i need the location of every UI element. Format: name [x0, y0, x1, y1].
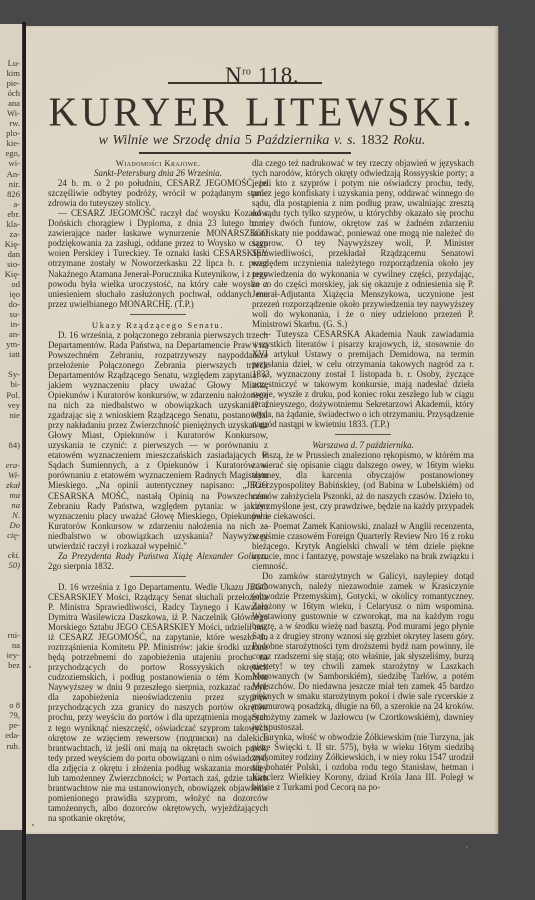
margin-text-fragment: ana — [0, 98, 22, 108]
margin-text-fragment: kla- — [0, 219, 22, 229]
masthead-rule-top — [168, 82, 322, 84]
margin-text-fragment: iey- — [0, 650, 22, 660]
margin-text-fragment: ma — [0, 490, 22, 500]
margin-gap — [0, 690, 22, 700]
newspaper-title: KURYER LITEWSKI. — [26, 88, 498, 136]
margin-text-fragment: kie- — [0, 138, 22, 148]
dateline-warsaw: Warszawa d. 7 października. — [252, 440, 474, 450]
margin-gap — [0, 420, 22, 430]
margin-text-fragment: cię- — [0, 530, 22, 540]
margin-text-fragment: sio- — [0, 259, 22, 269]
signature: Za Prezydenta Rady Państwa Xiążę Alexand… — [48, 551, 268, 571]
margin-text-fragment: na — [0, 500, 22, 510]
margin-text-fragment: ego, — [0, 148, 22, 158]
margin-gap — [0, 610, 22, 620]
margin-text-fragment: 79, — [0, 710, 22, 720]
separator — [335, 434, 391, 435]
article-ukase-2-continued: dla czego też nadrukować w tey rzeczy ob… — [252, 158, 474, 329]
margin-text-fragment: Do — [0, 520, 22, 530]
margin-gap — [0, 680, 22, 690]
margin-text-fragment: Kię- — [0, 269, 22, 279]
margin-gap — [0, 540, 22, 550]
newspaper-page: Nro 118. KURYER LITEWSKI. w Wilnie we Sr… — [26, 26, 499, 834]
margin-text-fragment: 84) — [0, 440, 22, 450]
paper-stain — [29, 666, 31, 668]
margin-text-fragment: óch — [0, 88, 22, 98]
separator — [130, 576, 186, 577]
margin-text-fragment: pe- — [0, 720, 22, 730]
paper-stain — [466, 846, 468, 848]
margin-gap — [0, 590, 22, 600]
margin-text-fragment: cki. — [0, 550, 22, 560]
separator — [130, 314, 186, 315]
margin-text-fragment: zkał — [0, 480, 22, 490]
margin-gap — [0, 620, 22, 630]
dateline-st-petersburg: Sankt-Petersburg dnia 26 Września. — [48, 168, 268, 178]
right-column: dla czego też nadrukować w tey rzeczy ob… — [252, 158, 474, 792]
article-turynka: Turynka, włość w obwodzie Żółkiewskim (n… — [252, 732, 474, 792]
article-ukase-2: D. 16 września z 1go Departamentu. Wedle… — [48, 582, 268, 823]
margin-text-fragment: Sy- — [0, 369, 22, 379]
margin-text-fragment: plo- — [0, 128, 22, 138]
section-heading-domestic-news: Wiadomości Krajowe. — [48, 158, 268, 168]
margin-text-fragment: Lu- — [0, 58, 22, 68]
margin-text-fragment: kim — [0, 68, 22, 78]
margin-text-fragment: dan — [0, 249, 22, 259]
margin-text-fragment: 50) — [0, 560, 22, 570]
margin-text-fragment: ebr. — [0, 209, 22, 219]
margin-text-fragment: eda- — [0, 730, 22, 740]
margin-text-fragment: rni- — [0, 630, 22, 640]
article-emperor-return: 24 b. m. o 2 po południu, CESARZ JEGOMOŚ… — [48, 178, 268, 208]
article-academy-of-sciences: — Tuteysza CESARSKA Akademia Nauk zawiad… — [252, 329, 474, 429]
margin-text-fragment: Pol. — [0, 390, 22, 400]
margin-text-fragment: pie- — [0, 78, 22, 88]
article-galician-castles: Do zamków starożytnych w Galicyi, naylep… — [252, 571, 474, 732]
margin-gap — [0, 430, 22, 440]
margin-text-fragment: bez — [0, 660, 22, 670]
article-manuscript-found: Piszą, że w Prussiech znaleziono rękopis… — [252, 450, 474, 520]
margin-text-fragment: vey — [0, 400, 22, 410]
section-heading-senate-ukases: Ukazy Rządzącego Senatu. — [48, 320, 268, 330]
margin-text-fragment: Kię- — [0, 239, 22, 249]
margin-gap — [0, 670, 22, 680]
margin-text-fragment: ięo — [0, 289, 22, 299]
margin-text-fragment: rw. — [0, 118, 22, 128]
margin-text-fragment: era- — [0, 460, 22, 470]
margin-text-fragment: 826 — [0, 189, 22, 199]
margin-text-fragment: rub. — [0, 741, 22, 751]
margin-text-fragment: ym- — [0, 339, 22, 349]
margin-gap — [0, 359, 22, 369]
margin-text-fragment: iatt — [0, 349, 22, 359]
margin-text-fragment: od — [0, 279, 22, 289]
article-don-cossacks: — CESARZ JEGOMOŚĆ raczył dać woysku Koza… — [48, 208, 268, 308]
margin-text-fragment: Wi- — [0, 108, 22, 118]
margin-gap — [0, 600, 22, 610]
left-column: Wiadomości Krajowe. Sankt-Petersburg dni… — [48, 158, 268, 823]
masthead-rule-bottom — [139, 152, 351, 154]
margin-text-fragment: Wi- — [0, 470, 22, 480]
article-ukase-1: D. 16 września, z połączonego zebrania p… — [48, 330, 268, 551]
issue-number: Nro 118. — [26, 63, 498, 89]
margin-text-fragment: nie — [0, 410, 22, 420]
margin-text-fragment: do- — [0, 299, 22, 309]
margin-text-fragment: in- — [0, 319, 22, 329]
paper-stain — [32, 824, 34, 826]
margin-text-fragment: N. — [0, 510, 22, 520]
margin-text-fragment: su- — [0, 309, 22, 319]
margin-text-fragment: na — [0, 640, 22, 650]
article-poem-review: — Poemat Zamek Kaniowski, znalazł w Angl… — [252, 521, 474, 571]
margin-text-fragment: a- — [0, 199, 22, 209]
margin-text-fragment: za- — [0, 229, 22, 239]
margin-text-fragment: bi- — [0, 379, 22, 389]
margin-text-fragment: nir. — [0, 179, 22, 189]
issue-dateline: w Wilnie we Srzodę dnia 5 Października v… — [26, 133, 498, 149]
margin-gap — [0, 570, 22, 580]
margin-text-fragment: wi- — [0, 158, 22, 168]
margin-text-fragment: An- — [0, 169, 22, 179]
margin-text-fragment: o 8 — [0, 700, 22, 710]
margin-gap — [0, 580, 22, 590]
previous-page-edge: Lu-kimpie-óchanaWi-rw.plo-kie-ego,wi-An-… — [0, 24, 23, 830]
margin-gap — [0, 450, 22, 460]
margin-text-fragment: an- — [0, 329, 22, 339]
